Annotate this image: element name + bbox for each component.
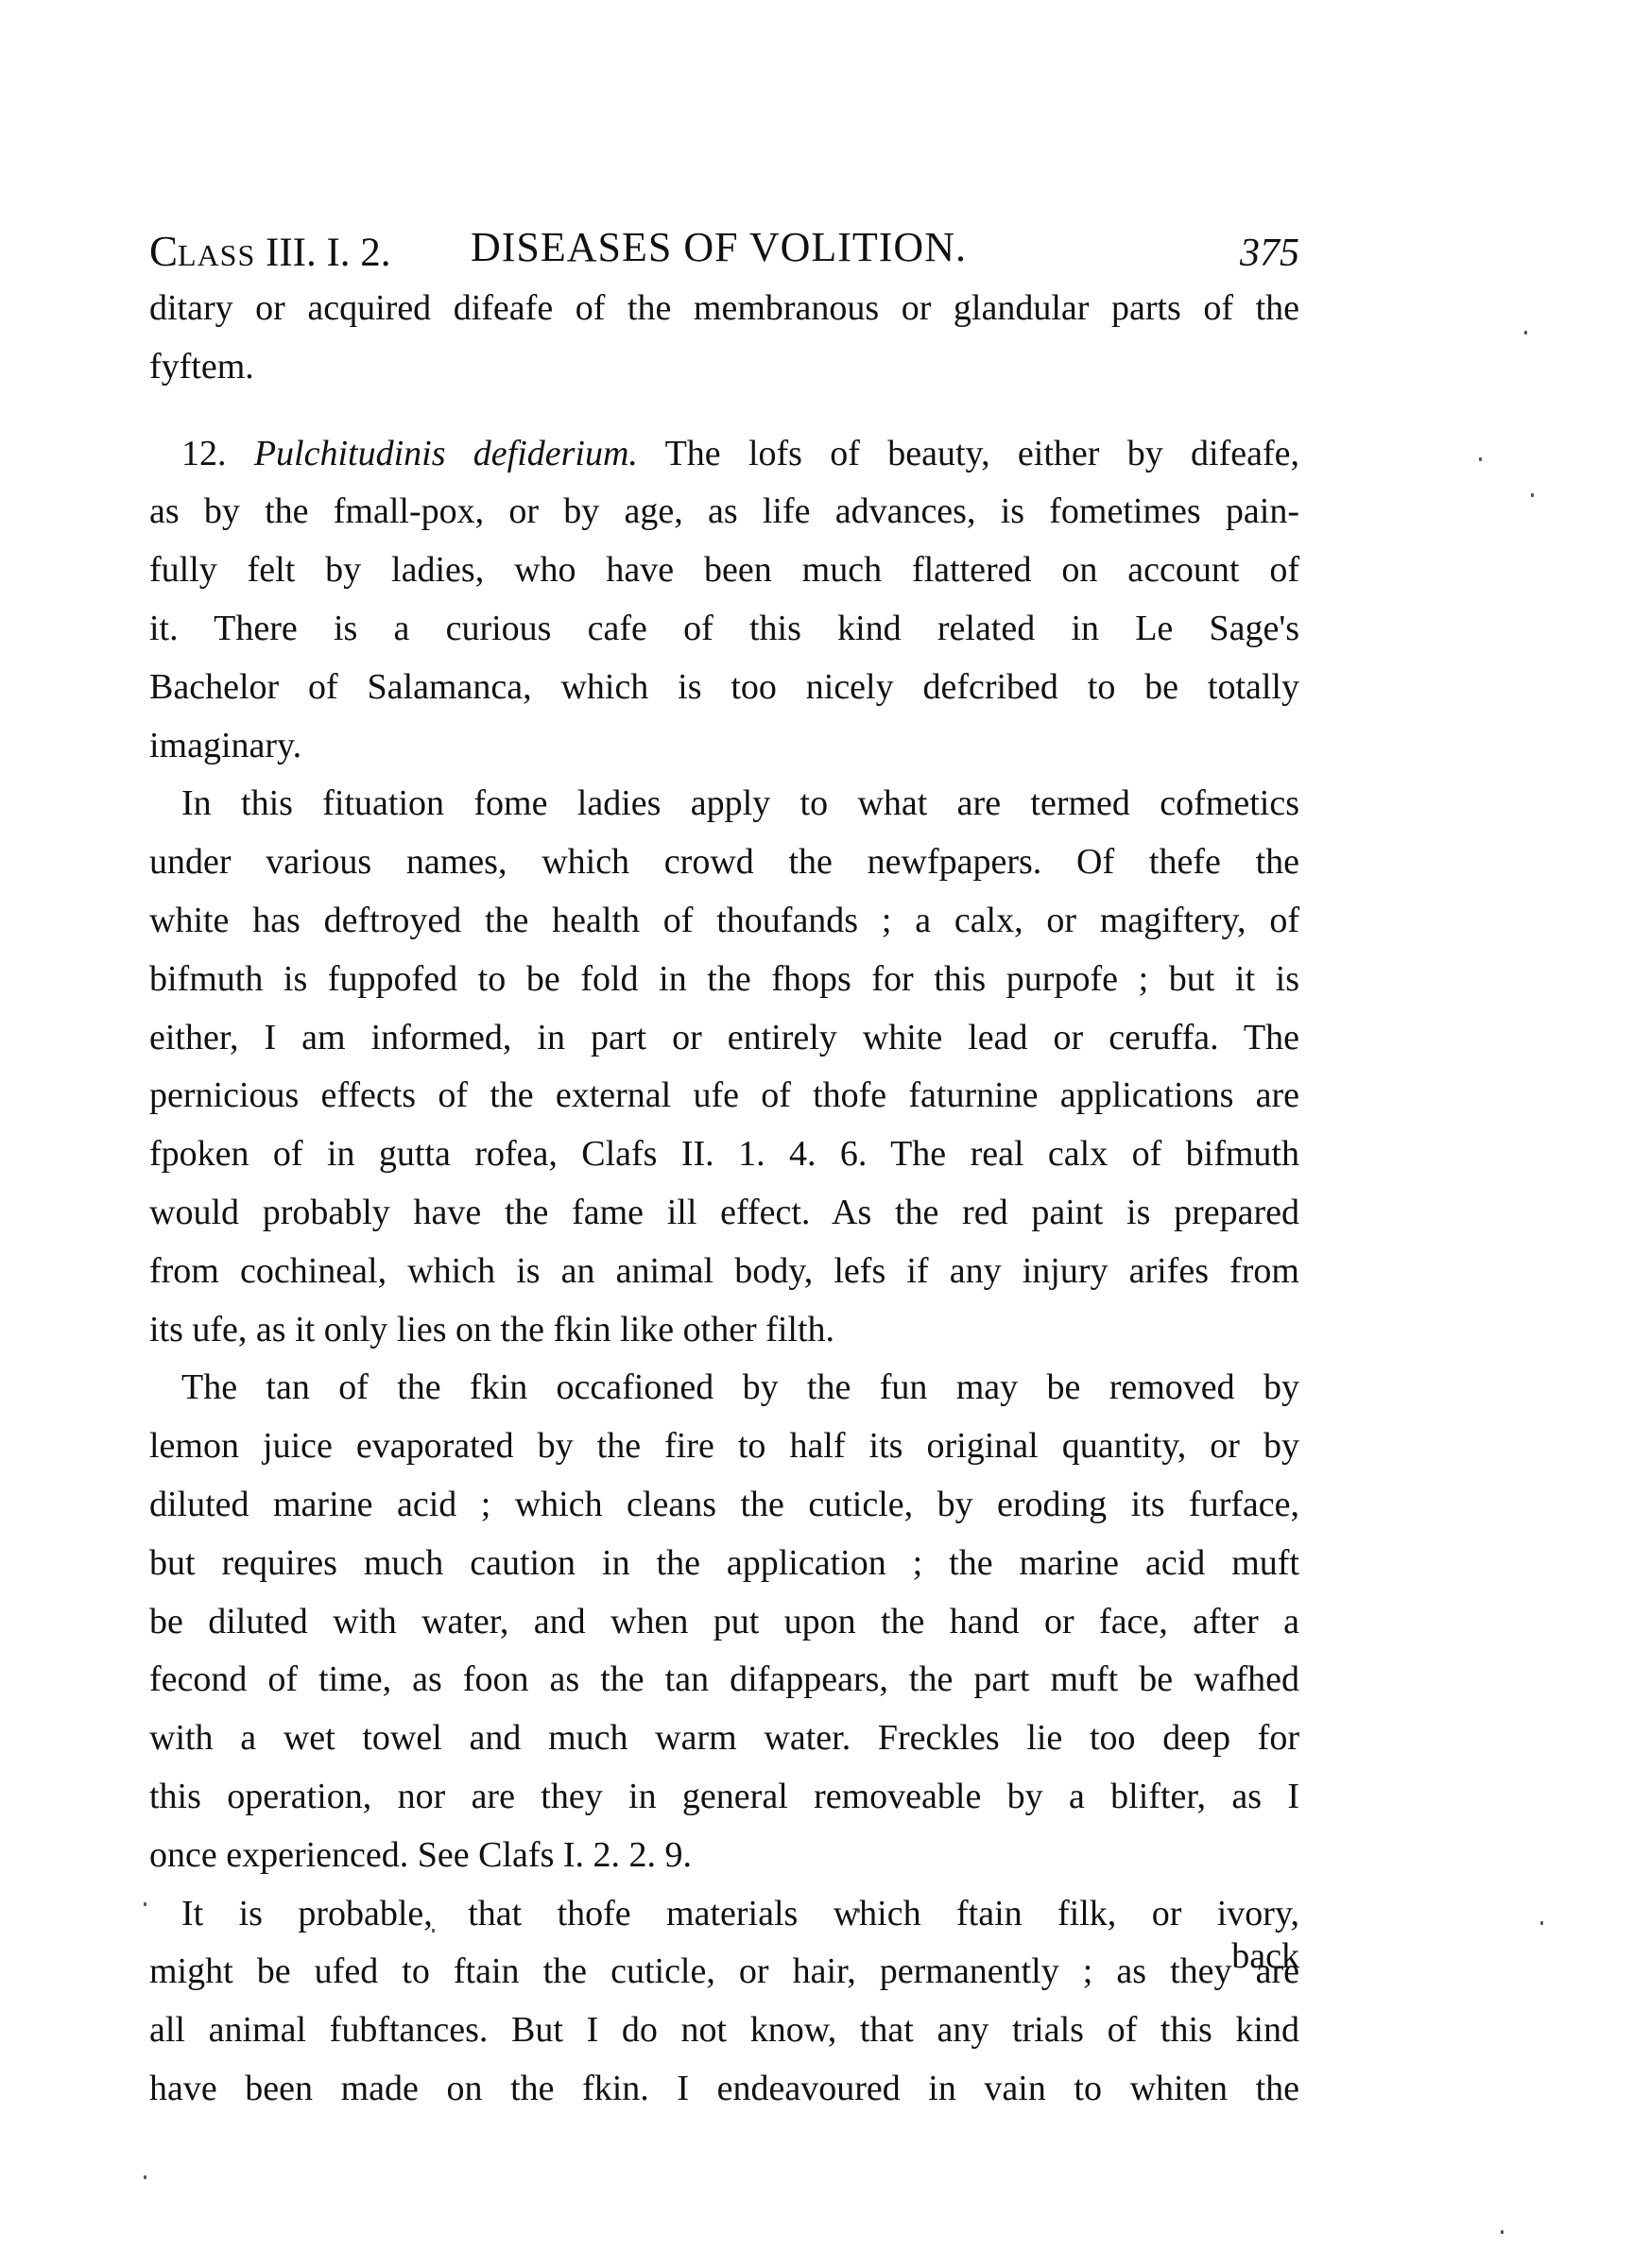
- text-line: pernicious effects of the external ufe o…: [149, 1067, 1299, 1125]
- paragraph-tan: The tan of the fkin occafioned by the fu…: [149, 1359, 1299, 1884]
- text-line: fpoken of in gutta rofea, Clafs II. 1. 4…: [149, 1125, 1299, 1184]
- scan-speck: [1540, 1921, 1543, 1925]
- scan-speck: [1501, 2230, 1504, 2234]
- scan-speck: [144, 1902, 146, 1906]
- scan-speck: [1479, 457, 1482, 461]
- text-line: its ufe, as it only lies on the fkin lik…: [149, 1301, 1299, 1360]
- book-page: CLASS III. I. 2. DISEASES OF VOLITION. 3…: [0, 0, 1633, 2268]
- text-line: under various names, which crowd the new…: [149, 833, 1299, 892]
- scan-speck: [1524, 331, 1527, 335]
- paragraph-continuation: ditary or acquired difeafe of the membra…: [149, 280, 1299, 397]
- text-line: with a wet towel and much warm water. Fr…: [149, 1710, 1299, 1768]
- paragraph-entry-12: 12. Pulchitudinis defiderium. The lofs o…: [149, 425, 1299, 776]
- text-line: this operation, nor are they in general …: [149, 1768, 1299, 1827]
- class-reference: CLASS III. I. 2.: [149, 223, 391, 283]
- text-line: would probably have the fame ill effect.…: [149, 1184, 1299, 1243]
- entry-heading: Pulchitudinis defiderium.: [254, 434, 638, 473]
- scan-speck: [144, 2175, 146, 2179]
- paragraph-staining: It is probable, that thofe materials whi…: [149, 1885, 1299, 2119]
- scan-speck: [1531, 493, 1534, 497]
- text-line: lemon juice evaporated by the fire to ha…: [149, 1417, 1299, 1476]
- text-line: fully felt by ladies, who have been much…: [149, 541, 1299, 600]
- text-line: fyftem.: [149, 338, 1299, 397]
- text-line: have been made on the fkin. I endeavoure…: [149, 2060, 1299, 2119]
- text-line: The tan of the fkin occafioned by the fu…: [149, 1359, 1299, 1417]
- paragraph-cosmetics: In this fituation fome ladies apply to w…: [149, 775, 1299, 1359]
- paragraph-gap: [149, 397, 1299, 425]
- text-line: Bachelor of Salamanca, which is too nice…: [149, 659, 1299, 717]
- running-head: CLASS III. I. 2. DISEASES OF VOLITION. 3…: [149, 223, 1299, 280]
- scan-speck: [432, 1929, 435, 1933]
- text-line: be diluted with water, and when put upon…: [149, 1593, 1299, 1652]
- text-line: once experienced. See Clafs I. 2. 2. 9.: [149, 1827, 1299, 1885]
- entry-first-line: 12. Pulchitudinis defiderium. The lofs o…: [149, 425, 1299, 484]
- text-line: imaginary.: [149, 717, 1299, 776]
- text-line: as by the fmall-pox, or by age, as life …: [149, 483, 1299, 541]
- text-line: all animal fubftances. But I do not know…: [149, 2002, 1299, 2060]
- text-line: from cochineal, which is an animal body,…: [149, 1243, 1299, 1301]
- entry-number: 12.: [181, 434, 227, 473]
- body-text: ditary or acquired difeafe of the membra…: [149, 280, 1299, 2119]
- chapter-title: DISEASES OF VOLITION.: [471, 219, 967, 276]
- text-line: white has deftroyed the health of thoufa…: [149, 892, 1299, 951]
- catchword: back: [1231, 1928, 1299, 1984]
- page-number: 375: [1240, 225, 1299, 282]
- text-line: It is probable, that thofe materials whi…: [149, 1885, 1299, 1944]
- text-line: might be ufed to ftain the cuticle, or h…: [149, 1943, 1299, 2002]
- scan-speck: [857, 1909, 860, 1913]
- class-number: III. I. 2.: [266, 231, 391, 275]
- text-line: bifmuth is fuppofed to be fold in the fh…: [149, 951, 1299, 1009]
- text-line: it. There is a curious cafe of this kind…: [149, 600, 1299, 659]
- entry-first-line-text: The lofs of beauty, either by difeafe,: [665, 434, 1299, 473]
- text-line: fecond of time, as foon as the tan difap…: [149, 1651, 1299, 1710]
- text-line: but requires much caution in the applica…: [149, 1535, 1299, 1593]
- text-line: ditary or acquired difeafe of the membra…: [149, 280, 1299, 338]
- text-line: either, I am informed, in part or entire…: [149, 1009, 1299, 1068]
- text-line: In this fituation fome ladies apply to w…: [149, 775, 1299, 833]
- text-line: diluted marine acid ; which cleans the c…: [149, 1476, 1299, 1535]
